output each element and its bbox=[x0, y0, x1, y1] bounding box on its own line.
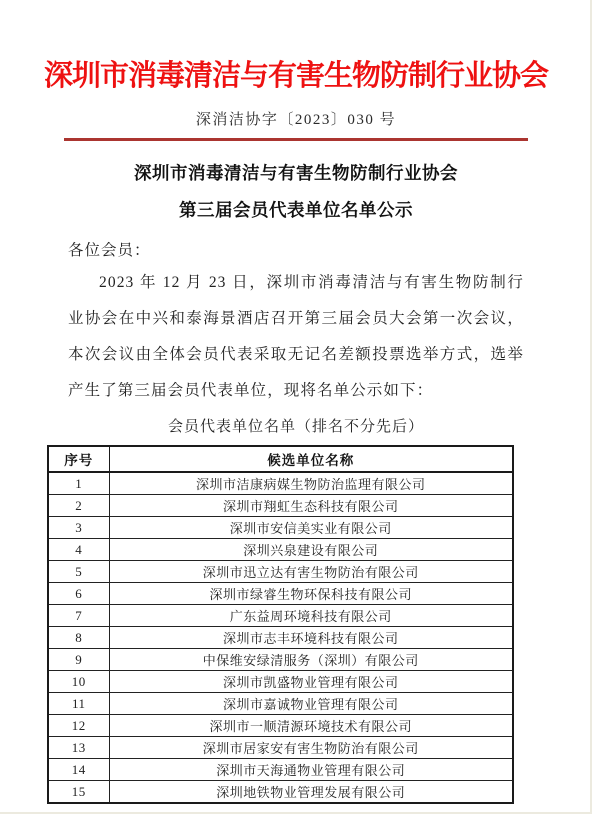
row-index-cell: 3 bbox=[48, 517, 109, 539]
member-table-body: 1深圳市洁康病媒生物防治监理有限公司2深圳市翔虹生态科技有限公司3深圳市安信美实… bbox=[48, 472, 513, 803]
row-index-cell: 10 bbox=[48, 671, 109, 693]
company-name-cell: 深圳市绿睿生物环保科技有限公司 bbox=[109, 583, 513, 605]
company-name-cell: 深圳市嘉诚物业管理有限公司 bbox=[109, 693, 513, 715]
table-row: 14深圳市天海通物业管理有限公司 bbox=[48, 759, 513, 781]
company-name-cell: 中保维安绿清服务（深圳）有限公司 bbox=[109, 649, 513, 671]
company-name-cell: 深圳市天海通物业管理有限公司 bbox=[109, 759, 513, 781]
company-name-cell: 深圳市凯盛物业管理有限公司 bbox=[109, 671, 513, 693]
company-name-cell: 深圳市居家安有害生物防治有限公司 bbox=[109, 737, 513, 759]
row-index-cell: 7 bbox=[48, 605, 109, 627]
row-index-cell: 14 bbox=[48, 759, 109, 781]
row-index-cell: 9 bbox=[48, 649, 109, 671]
row-index-cell: 5 bbox=[48, 561, 109, 583]
company-name-cell: 广东益周环境科技有限公司 bbox=[109, 605, 513, 627]
member-units-table: 序号 候选单位名称 1深圳市洁康病媒生物防治监理有限公司2深圳市翔虹生态科技有限… bbox=[47, 445, 514, 804]
member-list-caption: 会员代表单位名单（排名不分先后） bbox=[0, 415, 592, 436]
company-name-cell: 深圳市安信美实业有限公司 bbox=[109, 517, 513, 539]
document-page: 深圳市消毒清洁与有害生物防制行业协会 深消洁协字〔2023〕030 号 深圳市消… bbox=[0, 0, 592, 814]
table-row: 7广东益周环境科技有限公司 bbox=[48, 605, 513, 627]
row-index-cell: 12 bbox=[48, 715, 109, 737]
table-row: 13深圳市居家安有害生物防治有限公司 bbox=[48, 737, 513, 759]
association-masthead: 深圳市消毒清洁与有害生物防制行业协会 bbox=[0, 58, 592, 94]
table-row: 6深圳市绿睿生物环保科技有限公司 bbox=[48, 583, 513, 605]
row-index-cell: 11 bbox=[48, 693, 109, 715]
salutation: 各位会员： bbox=[68, 238, 524, 260]
table-row: 12深圳市一顺清源环境技术有限公司 bbox=[48, 715, 513, 737]
row-index-cell: 2 bbox=[48, 495, 109, 517]
table-row: 8深圳市志丰环境科技有限公司 bbox=[48, 627, 513, 649]
company-name-cell: 深圳市迅立达有害生物防治有限公司 bbox=[109, 561, 513, 583]
notice-title-line2: 第三届会员代表单位名单公示 bbox=[0, 197, 592, 222]
company-name-cell: 深圳市翔虹生态科技有限公司 bbox=[109, 495, 513, 517]
table-row: 2深圳市翔虹生态科技有限公司 bbox=[48, 495, 513, 517]
company-name-cell: 深圳市洁康病媒生物防治监理有限公司 bbox=[109, 472, 513, 495]
table-row: 3深圳市安信美实业有限公司 bbox=[48, 517, 513, 539]
table-row: 11深圳市嘉诚物业管理有限公司 bbox=[48, 693, 513, 715]
row-index-cell: 6 bbox=[48, 583, 109, 605]
notice-title-line1: 深圳市消毒清洁与有害生物防制行业协会 bbox=[0, 160, 592, 185]
row-index-cell: 15 bbox=[48, 781, 109, 804]
red-divider-rule bbox=[64, 138, 528, 141]
header-cell-company-name: 候选单位名称 bbox=[109, 446, 513, 472]
table-row: 4深圳兴泉建设有限公司 bbox=[48, 539, 513, 561]
row-index-cell: 4 bbox=[48, 539, 109, 561]
document-number: 深消洁协字〔2023〕030 号 bbox=[0, 108, 592, 129]
table-row: 15深圳地铁物业管理发展有限公司 bbox=[48, 781, 513, 804]
company-name-cell: 深圳市一顺清源环境技术有限公司 bbox=[109, 715, 513, 737]
announcement-paragraph: 2023 年 12 月 23 日，深圳市消毒清洁与有害生物防制行业协会在中兴和泰… bbox=[68, 265, 524, 409]
row-index-cell: 13 bbox=[48, 737, 109, 759]
table-row: 1深圳市洁康病媒生物防治监理有限公司 bbox=[48, 472, 513, 495]
table-header: 序号 候选单位名称 bbox=[48, 446, 513, 472]
company-name-cell: 深圳地铁物业管理发展有限公司 bbox=[109, 781, 513, 804]
row-index-cell: 8 bbox=[48, 627, 109, 649]
company-name-cell: 深圳市志丰环境科技有限公司 bbox=[109, 627, 513, 649]
header-row: 序号 候选单位名称 bbox=[48, 446, 513, 472]
table-row: 10深圳市凯盛物业管理有限公司 bbox=[48, 671, 513, 693]
table-row: 5深圳市迅立达有害生物防治有限公司 bbox=[48, 561, 513, 583]
row-index-cell: 1 bbox=[48, 472, 109, 495]
company-name-cell: 深圳兴泉建设有限公司 bbox=[109, 539, 513, 561]
header-cell-index: 序号 bbox=[48, 446, 109, 472]
table-row: 9中保维安绿清服务（深圳）有限公司 bbox=[48, 649, 513, 671]
